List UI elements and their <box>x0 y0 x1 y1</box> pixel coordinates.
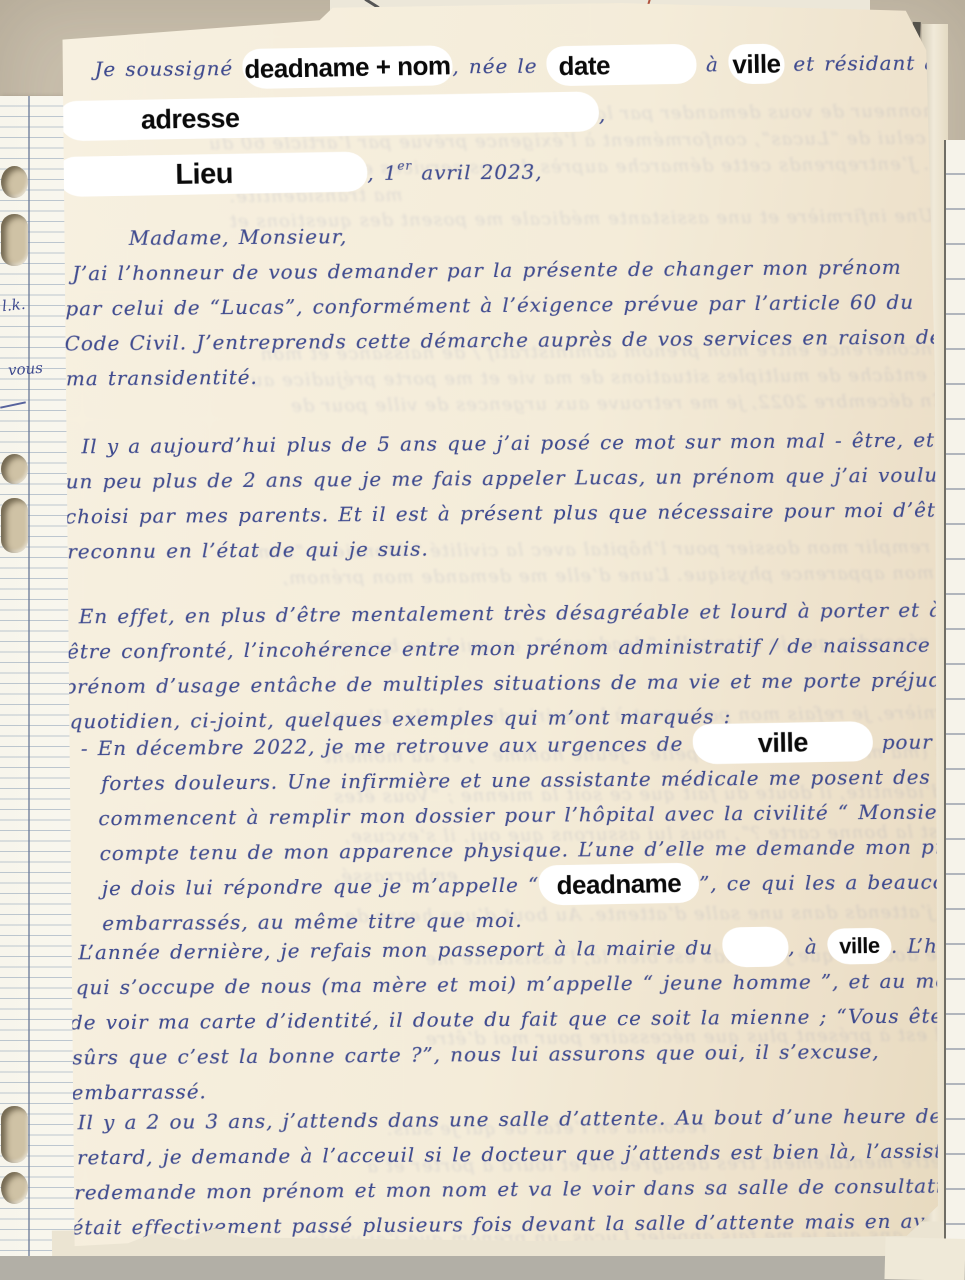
handwriting-text: avril 2023, <box>412 159 543 184</box>
handwriting-text: choisi par mes parents. Et il est à prés… <box>65 497 942 528</box>
handwriting-text: je dois lui répondre que je m’appelle “ <box>102 872 539 899</box>
redaction-date: date <box>546 43 697 86</box>
handwriting-text: qui s’occupe de nous (ma mère et moi) m’… <box>76 968 942 999</box>
photo-of-letter: l.k. vous Je soussigné deadname + nom, n… <box>0 0 965 1280</box>
redaction-blank <box>722 926 789 967</box>
handwriting-text: de voir ma carte d’identité, il doute du… <box>70 1003 942 1034</box>
handwriting-text: , 1 <box>367 160 397 184</box>
letter-lines: Je soussigné deadname + nom, née le date… <box>61 45 941 1245</box>
margin-note: l.k. <box>1 295 26 315</box>
binder-hole <box>1 498 28 553</box>
redaction-label: adresse <box>141 104 240 133</box>
redaction-lieu: Lieu <box>57 151 368 197</box>
handwriting-text: , à <box>788 934 827 958</box>
handwriting-text: et résidant au <box>784 50 942 75</box>
handwriting-text: fortes douleurs. Une infirmière et une a… <box>101 763 942 795</box>
redaction-label: deadname <box>557 869 682 897</box>
handwriting-text: embarrassé. <box>71 1079 206 1104</box>
handwriting-text: pour de <box>872 729 941 754</box>
margin-note: vous <box>7 359 43 379</box>
redaction-label: ville <box>839 934 880 957</box>
redaction-label: date <box>558 52 610 79</box>
handwriting-text: embarrassés, au même titre que moi. <box>102 907 523 934</box>
handwriting-text: Il y a aujourd’hui plus de 5 ans que j’a… <box>81 427 935 458</box>
handwriting-text: ma transidentité. <box>66 364 258 390</box>
handwriting-text: retard, je demande à l’acceuil si le doc… <box>77 1137 942 1169</box>
redaction-deadname-nom: deadname + nom <box>242 45 453 89</box>
handwriting-text: - En décembre 2022, je me retrouve aux u… <box>81 731 693 760</box>
handwriting-text: commencent à remplir mon dossier pour l’… <box>98 799 941 830</box>
handwriting-superscript: er <box>397 159 412 173</box>
paper-corner-bottom-right <box>884 1237 965 1280</box>
letter-paper: Je soussigné deadname + nom, née le date… <box>57 1 942 1248</box>
binder-hole <box>1 454 28 484</box>
redaction-label: ville <box>757 728 808 756</box>
redaction-label: deadname + nom <box>244 52 451 82</box>
lined-paper-right-edge <box>944 140 965 1280</box>
handwriting-text: être confronté, l’incohérence entre mon … <box>67 631 942 662</box>
redaction-ville: ville <box>827 927 892 964</box>
handwriting-text: un peu plus de 2 ans que je me fais appe… <box>66 462 939 493</box>
redaction-adresse: adresse <box>59 91 600 141</box>
binder-hole <box>1 214 28 266</box>
handwriting-text: reconnu en l’état de qui je suis. <box>67 536 429 563</box>
lined-paper-margin-line <box>28 96 30 1280</box>
handwriting-text: redemande mon prénom et mon nom et va le… <box>74 1172 942 1203</box>
redaction-ville: ville <box>728 43 785 84</box>
handwriting-text: par celui de “Lucas”, conformément à l’é… <box>65 289 914 320</box>
binder-hole <box>1 1106 28 1163</box>
handwriting-text: Code Civil. J’entreprends cette démarche… <box>65 324 942 355</box>
letter-line: adresse, <box>59 94 933 136</box>
handwriting-text: ”, ce qui les a beaucoup <box>699 869 942 895</box>
handwriting-text: . L’homme <box>891 933 942 958</box>
handwriting-text: sûrs que c’est la bonne carte ?”, nous l… <box>72 1039 879 1069</box>
handwriting-text: Je soussigné <box>94 55 242 80</box>
handwriting-text: - L’année dernière, je refais mon passep… <box>61 935 722 964</box>
redaction-deadname: deadname <box>539 862 700 905</box>
letter-line: Lieu, 1er avril 2023, <box>57 151 933 193</box>
handwriting-text: J’ai l’honneur de vous demander par la p… <box>72 254 902 285</box>
binder-hole <box>1 1172 28 1204</box>
redaction-ville: ville <box>692 721 873 764</box>
redaction-label: Lieu <box>175 159 233 189</box>
handwriting-text: à <box>697 52 729 76</box>
handwriting-text: compte tenu de mon apparence physique. L… <box>100 833 942 864</box>
handwriting-text: , <box>599 102 606 126</box>
handwriting-text: - Il y a 2 ou 3 ans, j’attends dans une … <box>61 1103 942 1134</box>
letter-line: reconnu en l’état de qui je suis. <box>67 527 936 569</box>
handwriting-text: , née le <box>452 53 547 78</box>
table-surface <box>0 1256 965 1280</box>
handwriting-text: Madame, Monsieur, <box>129 224 348 250</box>
binder-hole <box>1 166 28 198</box>
redaction-label: ville <box>732 50 781 77</box>
handwriting-text: prénom d’usage entâche de multiples situ… <box>63 666 941 697</box>
letter-line: ma transidentité. <box>66 354 935 396</box>
handwriting-text: En effet, en plus d’être mentalement trè… <box>79 597 942 628</box>
letter-line: Je soussigné deadname + nom, née le date… <box>94 45 932 87</box>
